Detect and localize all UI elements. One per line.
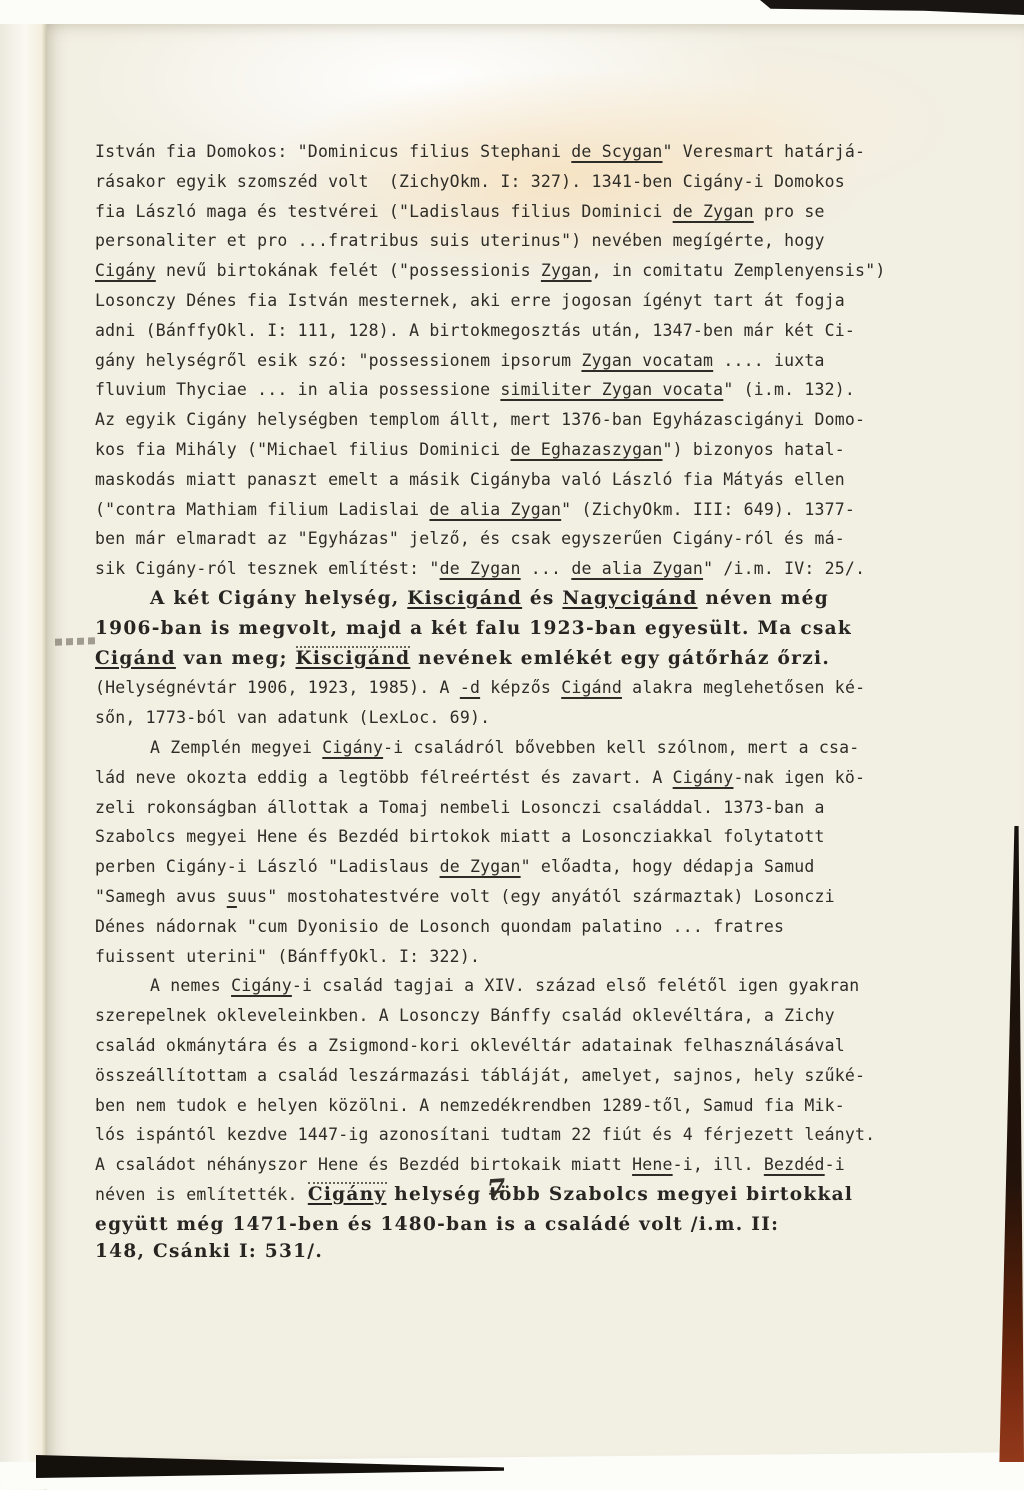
text-segment: maskodás miatt panaszt emelt a másik Cig… <box>95 470 845 489</box>
text-segment: fluvium Thyciae ... in alia possessione <box>95 380 500 399</box>
text-line: sik Cigány-ról tesznek említést: "de Zyg… <box>95 554 915 584</box>
underlined-term: de Zygan <box>440 559 521 578</box>
underlined-term: Kiscigánd <box>407 588 522 609</box>
text-segment: " (ZichyOkm. III: 649). 1377- <box>561 500 855 519</box>
text-line: fluvium Thyciae ... in alia possessione … <box>95 375 915 405</box>
text-segment: uus" mostohatestvére volt (egy anyától s… <box>237 887 835 906</box>
text-segment: zeli rokonságban állottak a Tomaj nembel… <box>95 798 825 817</box>
text-line: zeli rokonságban állottak a Tomaj nembel… <box>95 793 915 823</box>
underlined-term: de Eghazaszygan <box>511 440 663 459</box>
text-segment: " (i.m. 132). <box>723 380 855 399</box>
text-segment: néven még <box>698 588 829 609</box>
underlined-term: de Zygan <box>440 857 521 876</box>
text-segment: " Veresmart határjá- <box>663 142 866 161</box>
text-segment: kos fia Mihály ("Michael filius Dominici <box>95 440 511 459</box>
text-segment: perben Cigány-i László "Ladislaus <box>95 857 440 876</box>
text-line: adni (BánffyOkl. I: 111, 128). A birtokm… <box>95 316 915 346</box>
text-line: ("contra Mathiam filium Ladislai de alia… <box>95 495 915 525</box>
text-segment: -nak igen kö- <box>733 768 865 787</box>
text-line: Losonczy Dénes fia István mesternek, aki… <box>95 286 915 316</box>
page-number: 7 <box>486 1173 518 1211</box>
underlined-term: Cigány <box>308 1182 387 1205</box>
text-segment: A Zemplén megyei <box>150 738 322 757</box>
scanned-page: István fia Domokos: "Dominicus filius St… <box>0 0 1024 1490</box>
text-segment: Az egyik Cigány helységben templom állt,… <box>95 410 865 429</box>
text-segment: család okmánytára és a Zsigmond-kori okl… <box>95 1036 845 1055</box>
text-segment: " előadta, hogy dédapja Samud <box>521 857 815 876</box>
underlined-term: Cigánd <box>95 648 176 669</box>
text-line: A két Cigány helység, Kiscigánd és Nagyc… <box>95 584 915 614</box>
text-segment: sik Cigány-ról tesznek említést: " <box>95 559 440 578</box>
underlined-term: de Zygan <box>673 202 754 221</box>
text-line: Cigánd van meg; Kiscigánd nevének emléké… <box>95 644 915 674</box>
text-segment: helység több Szabolcs megyei birtokkal <box>387 1184 854 1205</box>
text-line: A nemes Cigány-i család tagjai a XIV. sz… <box>95 971 915 1001</box>
text-segment: van meg; <box>176 648 296 669</box>
text-segment: pro se <box>754 202 825 221</box>
text-line: lád neve okozta eddig a legtöbb félreért… <box>95 763 915 793</box>
text-line: 1906-ban is megvolt, majd a két falu 192… <box>95 614 915 644</box>
text-line: ben már elmaradt az "Egyházas" jelző, és… <box>95 524 915 554</box>
text-segment: István fia Domokos: "Dominicus filius St… <box>95 142 571 161</box>
text-segment: Szabolcs megyei Hene és Bezdéd birtokok … <box>95 827 825 846</box>
text-line: 148, Csánki I: 531/. <box>95 1239 915 1265</box>
underlined-term: Cigánd <box>561 678 622 697</box>
text-segment: " /i.m. IV: 25/. <box>703 559 865 578</box>
text-line: együtt még 1471-ben és 1480-ban is a csa… <box>95 1210 915 1240</box>
text-segment: adni (BánffyOkl. I: 111, 128). A birtokm… <box>95 321 855 340</box>
text-line: lós ispántól kezdve 1447-ig azonosítani … <box>95 1120 915 1150</box>
text-segment: 148, Csánki I: 531/. <box>95 1241 323 1262</box>
text-segment: lád neve okozta eddig a legtöbb félreért… <box>95 768 673 787</box>
text-segment: összeállítottam a család leszármazási tá… <box>95 1066 865 1085</box>
text-line: ben nem tudok e helyen közölni. A nemzed… <box>95 1091 915 1121</box>
text-line: gány helységről esik szó: "possessionem … <box>95 346 915 376</box>
text-line: fia László maga és testvérei ("Ladislaus… <box>95 197 915 227</box>
text-segment: ben már elmaradt az "Egyházas" jelző, és… <box>95 529 845 548</box>
text-segment: néven is említették. <box>95 1185 308 1204</box>
text-segment: "Samegh avus <box>95 887 227 906</box>
underlined-term: Cigány <box>95 261 156 280</box>
text-segment: -i család tagjai a XIV. század első felé… <box>292 976 860 995</box>
underlined-term: Cigány <box>673 768 734 787</box>
text-line: rásakor egyik szomszéd volt (ZichyOkm. I… <box>95 167 915 197</box>
text-segment: .... iuxta <box>713 351 824 370</box>
text-segment: és <box>522 588 562 609</box>
text-line: A Zemplén megyei Cigány-i családról bőve… <box>95 733 915 763</box>
text-segment: Dénes nádornak "cum Dyonisio de Losonch … <box>95 917 784 936</box>
text-segment: -i <box>825 1155 845 1174</box>
text-segment: personaliter et pro ...fratribus suis ut… <box>95 231 825 250</box>
text-line: szerepelnek okleveleinkben. A Losonczy B… <box>95 1001 915 1031</box>
underlined-term: de alia Zygan <box>571 559 703 578</box>
text-segment: 1906-ban is megvolt, majd a két falu 192… <box>95 618 852 639</box>
underlined-term: Cigány <box>322 738 383 757</box>
underlined-term: Zygan <box>541 261 592 280</box>
text-segment: A két Cigány helység, <box>150 588 407 609</box>
text-segment: rásakor egyik szomszéd volt (ZichyOkm. I… <box>95 172 845 191</box>
text-line: fuissent uterini" (BánffyOkl. I: 322). <box>95 942 915 972</box>
underlying-page-edge <box>0 24 47 1490</box>
text-segment: szerepelnek okleveleinkben. A Losonczy B… <box>95 1006 835 1025</box>
text-segment: ben nem tudok e helyen közölni. A nemzed… <box>95 1096 845 1115</box>
text-line: Cigány nevű birtokának felét ("possessio… <box>95 256 915 286</box>
underlined-term: similiter Zygan vocata <box>500 380 723 399</box>
text-segment: nevének emlékét egy gátőrház őrzi. <box>410 648 830 669</box>
text-segment: fuissent uterini" (BánffyOkl. I: 322). <box>95 947 480 966</box>
text-segment: sőn, 1773-ból van adatunk (LexLoc. 69). <box>95 708 490 727</box>
smudge-artifact <box>55 637 95 645</box>
text-segment: fia László maga és testvérei ("Ladislaus… <box>95 202 673 221</box>
text-line: Az egyik Cigány helységben templom állt,… <box>95 405 915 435</box>
text-segment: , in comitatu Zemplenyensis") <box>592 261 886 280</box>
text-line: (Helységnévtár 1906, 1923, 1985). A -d k… <box>95 673 915 703</box>
text-line: kos fia Mihály ("Michael filius Dominici… <box>95 435 915 465</box>
underlined-term: Zygan vocatam <box>581 351 713 370</box>
underlined-term: Kiscigánd <box>296 646 411 669</box>
paper: István fia Domokos: "Dominicus filius St… <box>47 24 1024 1460</box>
text-segment: ") bizonyos hatal- <box>663 440 845 459</box>
underlined-term: Bezdéd <box>764 1155 825 1174</box>
page-text: István fia Domokos: "Dominicus filius St… <box>95 137 915 1265</box>
text-segment: képzős <box>480 678 561 697</box>
text-line: István fia Domokos: "Dominicus filius St… <box>95 137 915 167</box>
text-line: sőn, 1773-ból van adatunk (LexLoc. 69). <box>95 703 915 733</box>
underlined-term: -d <box>460 678 480 697</box>
text-line: personaliter et pro ...fratribus suis ut… <box>95 226 915 256</box>
scan-artifact-top-bar <box>760 0 1024 15</box>
text-line: "Samegh avus suus" mostohatestvére volt … <box>95 882 915 912</box>
text-line: Dénes nádornak "cum Dyonisio de Losonch … <box>95 912 915 942</box>
underlined-term: de Scygan <box>571 142 662 161</box>
text-line: család okmánytára és a Zsigmond-kori okl… <box>95 1031 915 1061</box>
underlined-term: Nagycigánd <box>562 588 697 609</box>
text-segment: (Helységnévtár 1906, 1923, 1985). A <box>95 678 460 697</box>
text-segment: -i családról bővebben kell szólnom, mert… <box>383 738 859 757</box>
text-segment: alakra meglehetősen ké- <box>622 678 865 697</box>
text-segment: ("contra Mathiam filium Ladislai <box>95 500 429 519</box>
text-segment: gány helységről esik szó: "possessionem … <box>95 351 581 370</box>
underlined-term: Hene <box>632 1155 673 1174</box>
text-segment: A nemes <box>150 976 231 995</box>
text-segment: -i, ill. <box>673 1155 764 1174</box>
text-segment: lós ispántól kezdve 1447-ig azonosítani … <box>95 1125 875 1144</box>
underlined-term: Cigány <box>231 976 292 995</box>
text-line: összeállítottam a család leszármazási tá… <box>95 1061 915 1091</box>
text-segment: együtt még 1471-ben és 1480-ban is a csa… <box>95 1214 779 1235</box>
text-line: maskodás miatt panaszt emelt a másik Cig… <box>95 465 915 495</box>
text-line: perben Cigány-i László "Ladislaus de Zyg… <box>95 852 915 882</box>
text-segment: Losonczy Dénes fia István mesternek, aki… <box>95 291 845 310</box>
text-line: Szabolcs megyei Hene és Bezdéd birtokok … <box>95 822 915 852</box>
text-segment: nevű birtokának felét ("possessionis <box>156 261 541 280</box>
text-segment: A családot néhányszor Hene és Bezdéd bir… <box>95 1155 632 1174</box>
underlined-term: de alia Zygan <box>429 500 561 519</box>
text-segment: ... <box>521 559 572 578</box>
underlined-term: s <box>227 887 237 906</box>
